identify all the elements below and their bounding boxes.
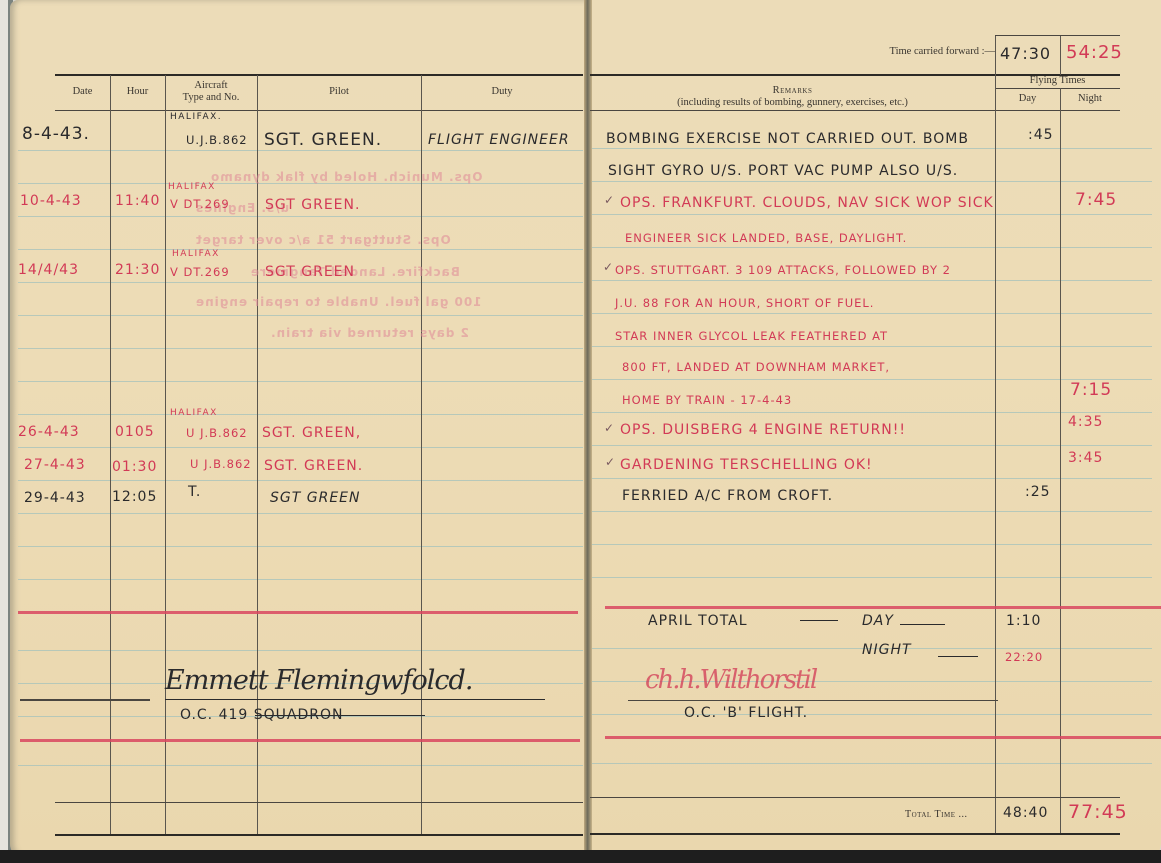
ruled-line — [592, 214, 1152, 215]
ruled-line — [592, 181, 1152, 182]
dash — [938, 656, 978, 657]
bleed-through-text: 100 gal fuel. Unable to repair engine — [195, 295, 482, 309]
entry-day-time: :25 — [1025, 484, 1051, 500]
col-header-aircraft-line2: Type and No. — [165, 92, 257, 104]
bleed-through-text: 2 days returned via train. — [270, 326, 469, 340]
dash — [900, 624, 945, 625]
col-line-remarks-day — [995, 75, 996, 835]
col-line-date-hour — [110, 75, 111, 835]
entry-hour: 11:40 — [115, 193, 160, 209]
col-header-day: Day — [995, 93, 1060, 105]
entry-date: 29-4-43 — [24, 490, 86, 506]
dash — [800, 620, 838, 621]
entry-date: 14/4/43 — [18, 262, 79, 278]
col-line-hour-aircraft — [165, 75, 166, 835]
ruled-line — [18, 650, 583, 651]
entry-aircraft-type: HALIFAX — [168, 182, 216, 192]
entry-remarks-line: GARDENING TERSCHELLING OK! — [620, 457, 873, 473]
footer-top-rule-right — [590, 797, 1120, 798]
entry-pilot: SGT GREEN. — [265, 197, 360, 213]
entry-pilot: SGT. GREEN, — [262, 425, 361, 441]
entry-aircraft-no: V DT.269 — [170, 197, 230, 211]
ruled-line — [18, 249, 583, 250]
entry-hour: 21:30 — [115, 262, 160, 278]
footer-bottom-rule-right — [590, 833, 1120, 835]
flying-times-divider — [995, 88, 1120, 89]
entry-pilot: SGT GREEN — [265, 264, 355, 280]
entry-remarks-line: STAR INNER GLYCOL LEAK FEATHERED AT — [615, 329, 888, 343]
total-time-label: Total Time ... — [905, 809, 995, 821]
ruled-line — [18, 546, 583, 547]
ruled-line — [18, 447, 583, 448]
checkmark-icon: ✓ — [605, 455, 615, 470]
ruled-line — [592, 280, 1152, 281]
ruled-line — [592, 148, 1152, 149]
col-header-remarks-title: Remarks — [590, 85, 995, 97]
checkmark-icon: ✓ — [604, 193, 614, 208]
entry-aircraft-type: HALIFAX — [172, 249, 220, 259]
ruled-line — [592, 379, 1152, 380]
col-header-remarks: Remarks (including results of bombing, g… — [590, 85, 995, 109]
signature-underline — [165, 699, 545, 700]
col-header-aircraft: Aircraft Type and No. — [165, 80, 257, 104]
bleed-through-text: Ops. Stuttgart 51 a/c over target — [195, 233, 451, 247]
entry-pilot: SGT GREEN — [270, 490, 360, 506]
ruled-line — [18, 414, 583, 415]
total-time-day: 48:40 — [1003, 805, 1048, 821]
carried-forward-day: 47:30 — [1000, 44, 1051, 63]
col-header-date: Date — [55, 86, 110, 98]
ruled-line — [592, 763, 1152, 764]
day-label: DAY — [862, 613, 894, 629]
entry-date: 10-4-43 — [20, 193, 82, 209]
entry-aircraft-no: U J.B.862 — [190, 457, 252, 471]
ruled-line — [592, 445, 1152, 446]
ruled-line — [592, 544, 1152, 545]
red-rule-bottom-right — [605, 736, 1161, 739]
entry-remarks-line: OPS. STUTTGART. 3 109 ATTACKS, FOLLOWED … — [615, 263, 951, 277]
carried-forward-label: Time carried forward :— — [855, 46, 995, 58]
entry-remarks-line: OPS. DUISBERG 4 ENGINE RETURN!! — [620, 422, 906, 438]
entry-remarks-line: ENGINEER SICK LANDED, BASE, DAYLIGHT. — [625, 231, 907, 245]
header-top-rule-left — [55, 74, 583, 76]
entry-date: 27-4-43 — [24, 457, 86, 473]
signature-line — [628, 700, 998, 701]
strike-line — [255, 715, 425, 716]
ruled-line — [592, 412, 1152, 413]
night-total: 22:20 — [1005, 650, 1043, 664]
bottom-shadow — [0, 850, 1161, 863]
ruled-line — [592, 313, 1152, 314]
col-header-pilot: Pilot — [257, 86, 421, 98]
header-bottom-rule-right — [590, 110, 1120, 111]
red-rule-top-right — [605, 606, 1161, 609]
ruled-line — [592, 478, 1152, 479]
entry-duty: FLIGHT ENGINEER — [428, 132, 570, 148]
ruled-line — [592, 714, 1152, 715]
entry-remarks-line: HOME BY TRAIN - 17-4-43 — [622, 393, 792, 407]
entry-aircraft-no: V DT.269 — [170, 265, 230, 279]
ruled-line — [18, 282, 583, 283]
entry-remarks-line: 800 FT, LANDED AT DOWNHAM MARKET, — [622, 360, 890, 374]
footer-top-rule-left — [55, 802, 583, 803]
ruled-line — [18, 150, 583, 151]
col-header-hour: Hour — [110, 86, 165, 98]
checkmark-icon: ✓ — [603, 260, 613, 275]
ruled-line — [18, 579, 583, 580]
ruled-line — [592, 346, 1152, 347]
month-total-label: APRIL TOTAL — [648, 613, 748, 629]
entry-remarks-line: J.U. 88 FOR AN HOUR, SHORT OF FUEL. — [615, 296, 874, 310]
entry-hour: 12:05 — [112, 489, 157, 505]
ruled-line — [18, 513, 583, 514]
entry-aircraft-no: T. — [188, 484, 201, 500]
entry-aircraft-type: HALIFAX — [170, 408, 218, 418]
entry-night-time: 3:45 — [1068, 450, 1103, 466]
checkmark-icon: ✓ — [604, 421, 614, 436]
entry-date: 8-4-43. — [22, 124, 90, 144]
ruled-line — [18, 348, 583, 349]
entry-hour: 01:30 — [112, 459, 157, 475]
ruled-line — [18, 480, 583, 481]
entry-aircraft-no: U.J.B.862 — [186, 133, 248, 147]
ruled-line — [592, 511, 1152, 512]
col-header-remarks-sub: (including results of bombing, gunnery, … — [590, 97, 995, 109]
ruled-line — [18, 381, 583, 382]
entry-hour: 0105 — [115, 424, 155, 440]
entry-night-time: 7:15 — [1070, 380, 1112, 400]
ruled-line — [18, 315, 583, 316]
entry-date: 26-4-43 — [18, 424, 80, 440]
cf-box-top — [995, 35, 1120, 36]
entry-night-time: 4:35 — [1068, 414, 1103, 430]
flight-commander-signature: ch.h.Wilthorstil — [645, 665, 816, 695]
ruled-line — [18, 765, 583, 766]
red-rule-bottom-left — [20, 739, 580, 742]
col-line-pilot-duty — [421, 75, 422, 835]
ruled-line — [592, 247, 1152, 248]
cf-box-mid — [1060, 35, 1061, 75]
book-gutter — [584, 0, 592, 858]
flight-signatory: O.C. 'B' FLIGHT. — [684, 705, 808, 721]
entry-pilot: SGT. GREEN. — [264, 130, 382, 150]
entry-remarks-line: BOMBING EXERCISE NOT CARRIED OUT. BOMB — [606, 131, 969, 147]
col-line-day-night — [1060, 88, 1061, 833]
entry-aircraft-type: HALIFAX. — [170, 112, 222, 122]
signature-line — [20, 699, 150, 701]
squadron-commander-signature: Emmett Flemingwfolcd. — [165, 665, 472, 696]
footer-bottom-rule-left — [55, 834, 583, 836]
entry-day-time: :45 — [1028, 127, 1054, 143]
col-header-night: Night — [1060, 93, 1120, 105]
day-total: 1:10 — [1006, 613, 1041, 629]
entry-remarks-line: FERRIED A/C FROM CROFT. — [622, 488, 833, 504]
entry-pilot: SGT. GREEN. — [264, 458, 363, 474]
total-time-night: 77:45 — [1068, 801, 1128, 823]
entry-remarks-line: OPS. FRANKFURT. CLOUDS, NAV SICK WOP SIC… — [620, 195, 994, 211]
ruled-line — [18, 216, 583, 217]
cf-box-left — [995, 35, 996, 75]
red-rule-top-left — [18, 611, 578, 614]
ruled-line — [592, 577, 1152, 578]
col-header-flying-times: Flying Times — [995, 75, 1120, 87]
carried-forward-night: 54:25 — [1066, 42, 1123, 63]
col-header-aircraft-line1: Aircraft — [165, 80, 257, 92]
entry-aircraft-no: U J.B.862 — [186, 426, 248, 440]
col-header-duty: Duty — [421, 86, 583, 98]
night-label: NIGHT — [862, 642, 912, 658]
entry-remarks-line: SIGHT GYRO U/S. PORT VAC PUMP ALSO U/S. — [608, 163, 958, 179]
entry-night-time: 7:45 — [1075, 190, 1117, 210]
header-bottom-rule-left — [55, 110, 583, 111]
bleed-through-text: Ops. Munich. Holed by flak dynamo — [210, 170, 483, 184]
